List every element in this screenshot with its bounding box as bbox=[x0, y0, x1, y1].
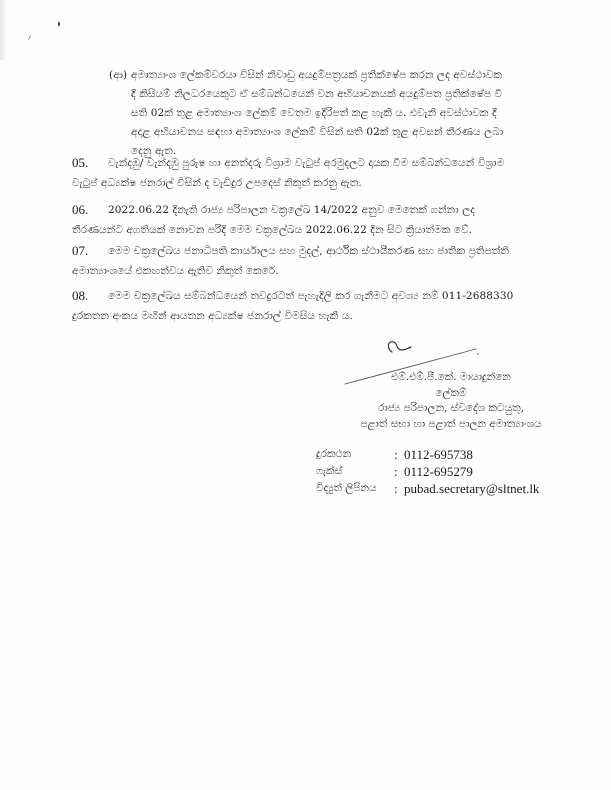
email-address: pubad.secretary@sltnet.lk bbox=[404, 481, 539, 497]
phone-number: 0112-695738 bbox=[404, 447, 473, 463]
ministry-line: පළාත් සභා හා පළාත් පාලන අමාත්‍යාංශය bbox=[320, 417, 582, 433]
contact-label: දුරකථන bbox=[316, 448, 394, 461]
contact-separator: : bbox=[394, 464, 404, 480]
signatory-title: ලේකම් bbox=[320, 386, 582, 402]
signature-block: එම්.එම්.පී.කේ. මායාදුන්නෙ ලේකම් රාජ්‍ය ප… bbox=[320, 370, 582, 432]
fax-number: 0112-695279 bbox=[404, 464, 473, 480]
contact-separator: : bbox=[394, 481, 404, 497]
contact-row-phone: දුරකථන : 0112-695738 bbox=[316, 446, 539, 463]
contact-row-email: විද්‍යුත් ලිපිනය : pubad.secretary@sltne… bbox=[316, 480, 539, 497]
contact-label: විද්‍යුත් ලිපිනය bbox=[316, 482, 394, 495]
contact-label: ෆැක්ස් bbox=[316, 465, 394, 478]
document-page: (ආ) අමාත්‍යාංශ ලේකම්වරයා විසින් නිවාඩු අ… bbox=[0, 0, 611, 790]
ministry-line: රාජ්‍ය පරිපාලන, ස්වදේශ කටයුතු, bbox=[320, 401, 582, 417]
contact-separator: : bbox=[394, 447, 404, 463]
contact-details: දුරකථන : 0112-695738 ෆැක්ස් : 0112-69527… bbox=[316, 446, 539, 497]
contact-row-fax: ෆැක්ස් : 0112-695279 bbox=[316, 463, 539, 480]
signatory-name: එම්.එම්.පී.කේ. මායාදුන්නෙ bbox=[320, 370, 582, 386]
